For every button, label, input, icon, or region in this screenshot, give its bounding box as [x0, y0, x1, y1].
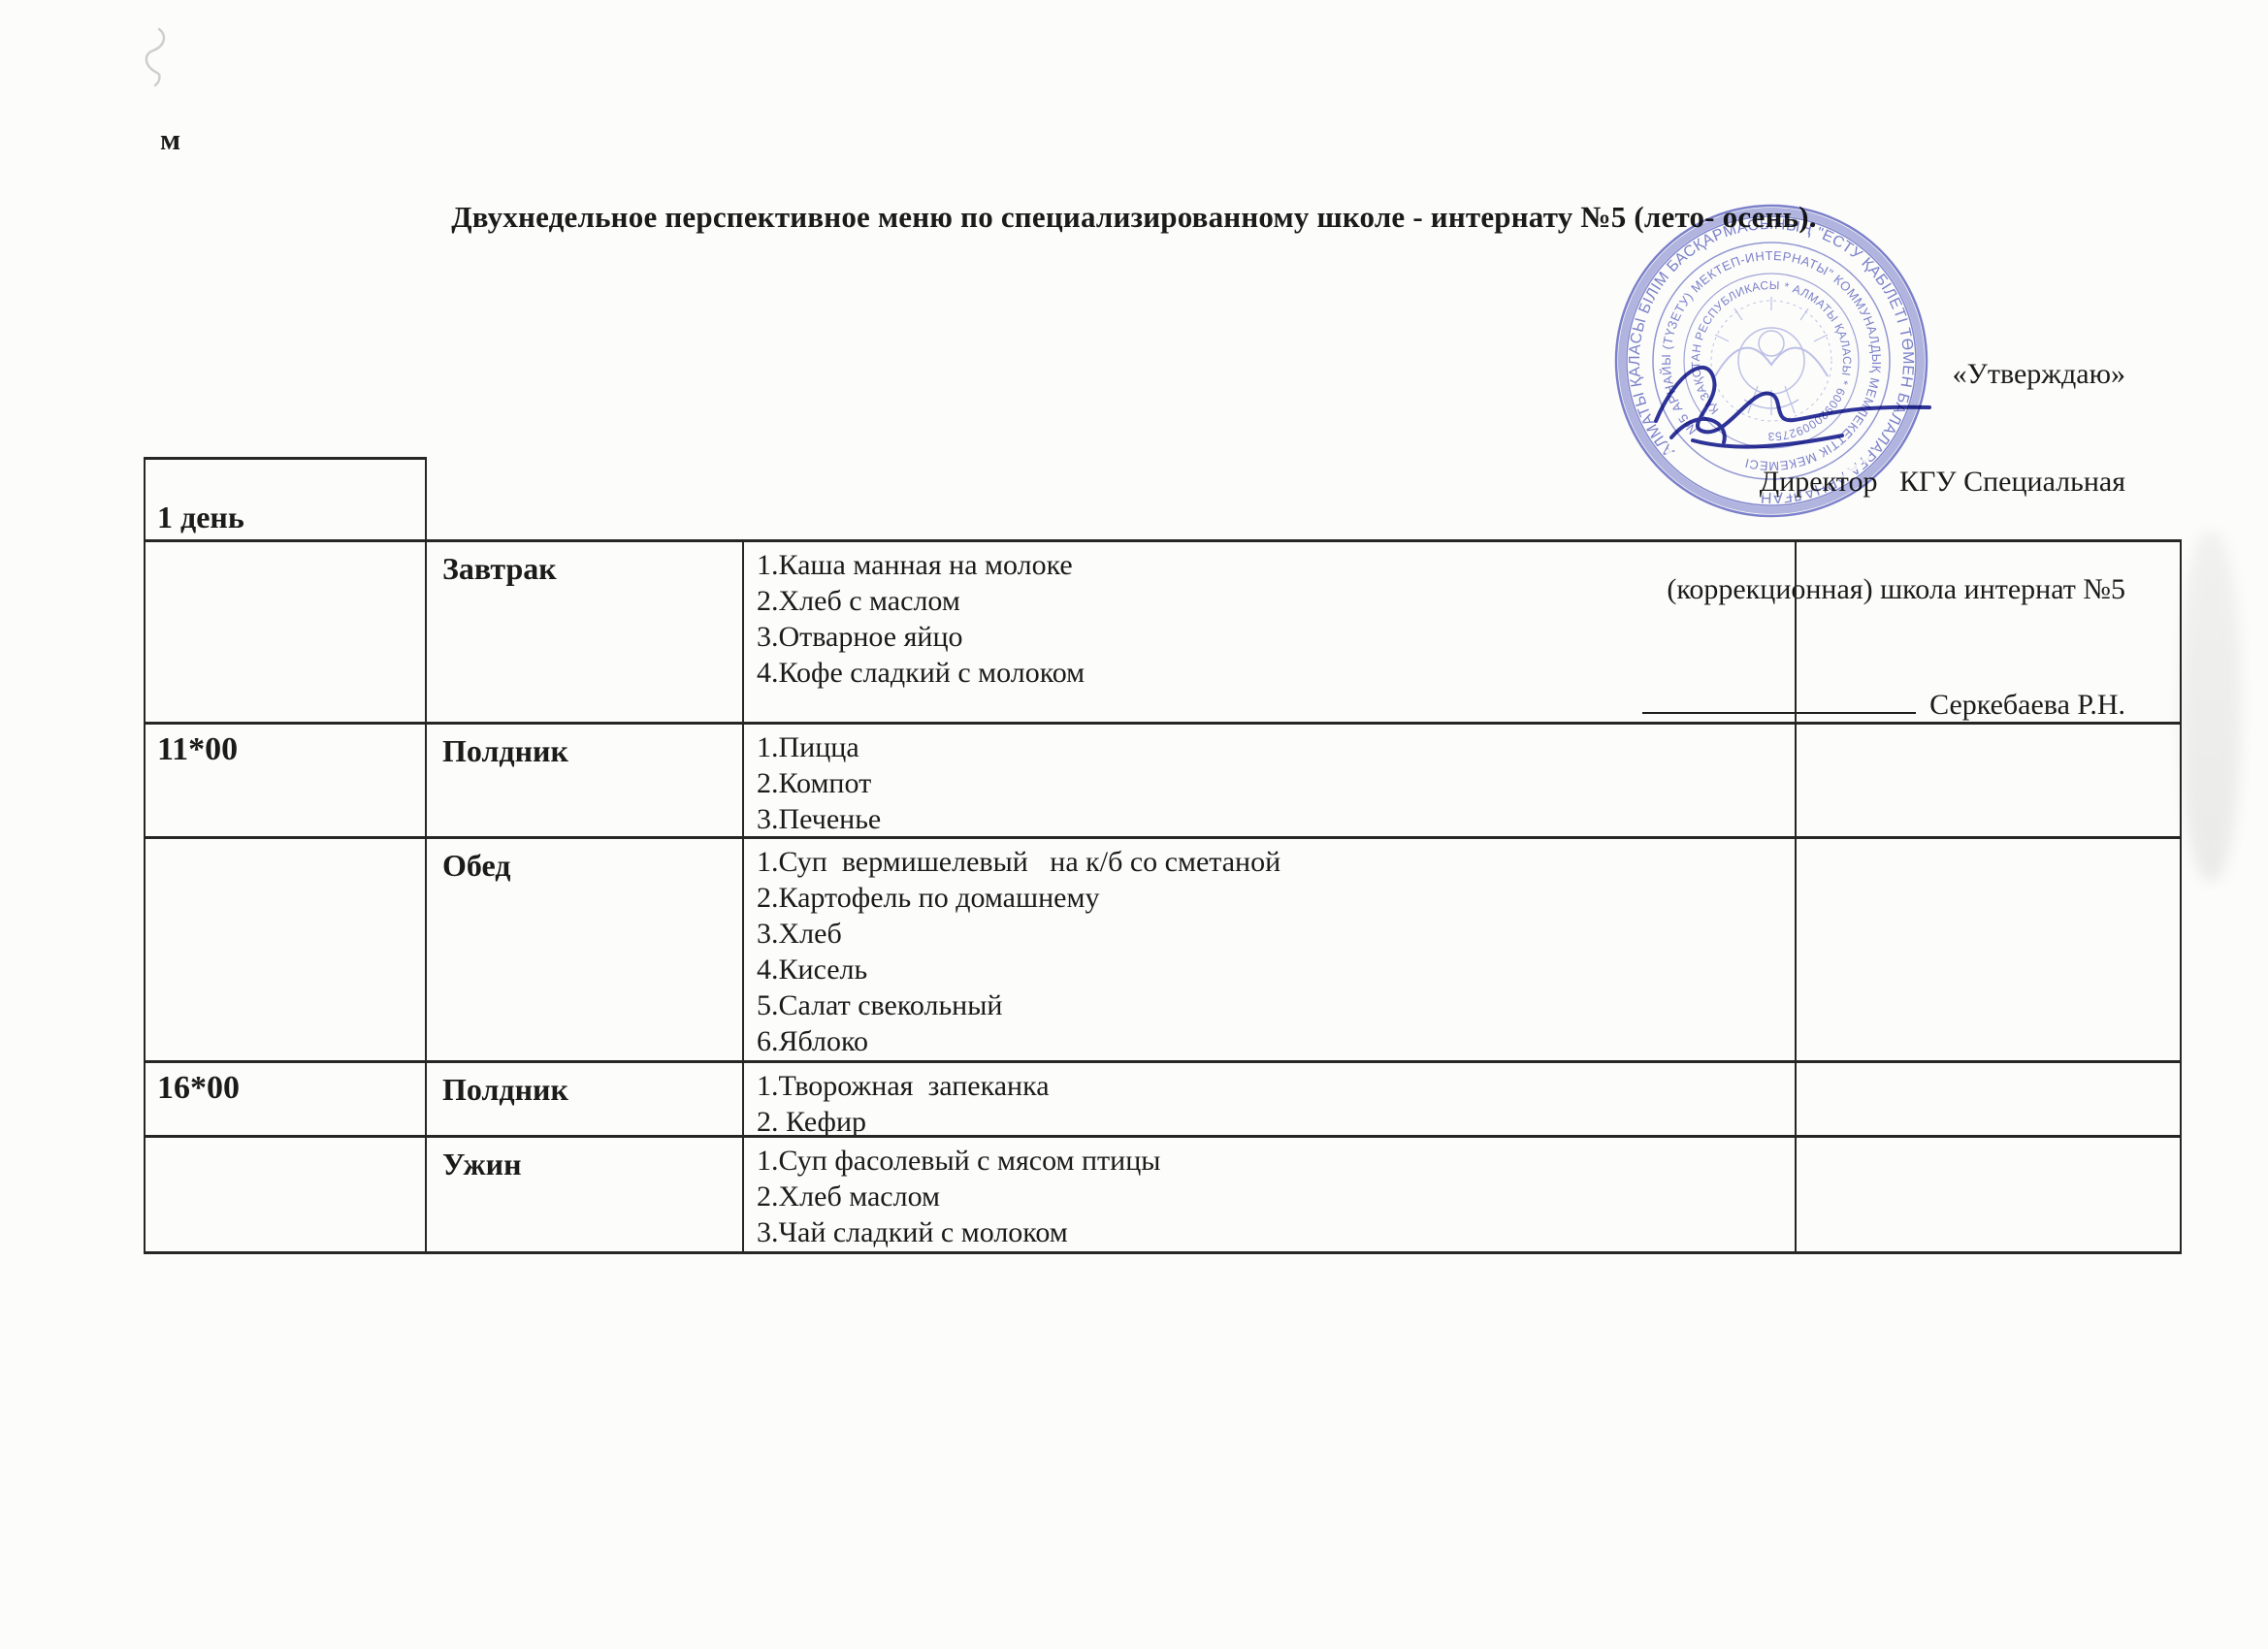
dishes-cell: 1.Каша манная на молоке 2.Хлеб с маслом … [744, 542, 1797, 725]
dish-line: 3.Хлеб [757, 916, 1795, 952]
dish-line: 4.Кофе сладкий с молоком [757, 655, 1795, 691]
dish-line: 4.Кисель [757, 952, 1795, 987]
empty-cell [1797, 839, 2180, 1063]
dishes-cell: 1.Творожная запеканка 2. Кефир [744, 1063, 1797, 1138]
time-cell: 11*00 [146, 725, 427, 839]
empty-cell [1797, 1138, 2180, 1251]
scanned-menu-document: м Двухнедельное перспективное меню по сп… [0, 0, 2268, 1649]
dish-line: 2.Хлеб маслом [757, 1179, 1795, 1214]
scan-smudge [2181, 532, 2241, 881]
time-cell [146, 542, 427, 725]
meal-cell: Ужин [427, 1138, 744, 1251]
dish-line: 3.Печенье [757, 801, 1795, 837]
time-cell [146, 1138, 427, 1251]
dish-line: 3.Отварное яйцо [757, 619, 1795, 655]
dish-line: 5.Салат свекольный [757, 987, 1795, 1023]
dish-line: 3.Чай сладкий с молоком [757, 1214, 1795, 1250]
dish-line: 1.Суп фасолевый с мясом птицы [757, 1143, 1795, 1179]
dish-line: 1.Суп вермишелевый на к/б со сметаной [757, 844, 1795, 880]
dishes-cell: 1.Пицца 2.Компот 3.Печенье [744, 725, 1797, 839]
dish-line: 2.Картофель по домашнему [757, 880, 1795, 916]
dish-line: 2. Кефир [757, 1104, 1795, 1138]
dish-line: 2.Компот [757, 765, 1795, 801]
dish-line: 1.Каша манная на молоке [757, 547, 1795, 583]
dish-line: 1.Пицца [757, 729, 1795, 765]
day-header: 1 день [144, 457, 427, 539]
empty-cell [1797, 725, 2180, 839]
meal-cell: Полдник [427, 1063, 744, 1138]
dish-line: 1.Творожная запеканка [757, 1068, 1795, 1104]
menu-table: Завтрак 1.Каша манная на молоке 2.Хлеб с… [144, 539, 2182, 1254]
dishes-cell: 1.Суп фасолевый с мясом птицы 2.Хлеб мас… [744, 1138, 1797, 1251]
meal-cell: Обед [427, 839, 744, 1063]
scan-artifact-mark [132, 21, 177, 95]
time-cell [146, 839, 427, 1063]
empty-cell [1797, 542, 2180, 725]
dish-line: 2.Хлеб с маслом [757, 583, 1795, 619]
meal-cell: Завтрак [427, 542, 744, 725]
time-cell: 16*00 [146, 1063, 427, 1138]
signature [1642, 345, 1953, 457]
meal-cell: Полдник [427, 725, 744, 839]
margin-letter: м [160, 122, 180, 157]
empty-cell [1797, 1063, 2180, 1138]
dish-line: 6.Яблоко [757, 1023, 1795, 1059]
dishes-cell: 1.Суп вермишелевый на к/б со сметаной 2.… [744, 839, 1797, 1063]
